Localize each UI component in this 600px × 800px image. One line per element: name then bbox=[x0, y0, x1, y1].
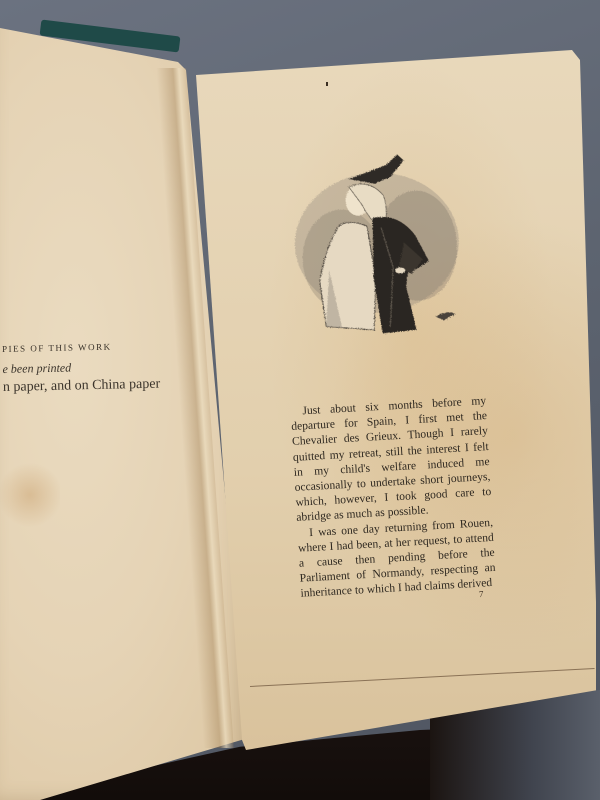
photo-scene: PIES OF THIS WORK e been printed n paper… bbox=[0, 0, 600, 800]
engraving-figure-icon bbox=[277, 143, 467, 348]
paragraph-1: Just about six months before my departur… bbox=[290, 393, 492, 525]
page-mark bbox=[326, 82, 328, 86]
notice-line-3: n paper, and on China paper bbox=[3, 376, 201, 396]
foxing-stain bbox=[0, 460, 60, 530]
body-text: Just about six months before my departur… bbox=[290, 393, 497, 601]
paragraph-2: I was one day returning from Rouen, wher… bbox=[297, 514, 497, 601]
limitation-notice: PIES OF THIS WORK e been printed n paper… bbox=[0, 340, 201, 396]
page-number: 7 bbox=[479, 589, 484, 599]
notice-line-1: PIES OF THIS WORK bbox=[2, 340, 200, 354]
notice-line-2: e been printed bbox=[2, 358, 200, 377]
